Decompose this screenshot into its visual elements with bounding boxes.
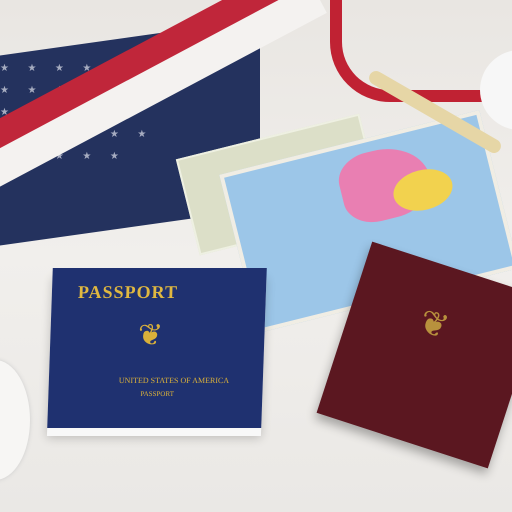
passport-title: PASSPORT	[78, 282, 179, 303]
plate	[0, 360, 30, 480]
table-scene: ★ ★ ★ ★ ★ ★★ ★ ★ ★ ★ ★★ ★ ★ ★ ★★ ★ ★ ★ ★…	[0, 0, 512, 512]
blue-passport: PASSPORT ❦ UNITED STATES OF AMERICA PASS…	[47, 268, 267, 428]
passport-subtitle: UNITED STATES OF AMERICA	[119, 376, 230, 385]
passport-subtitle-2: PASSPORT	[140, 390, 174, 398]
eagle-emblem-icon: ❦	[109, 318, 191, 374]
coat-of-arms-icon: ❦	[414, 301, 453, 348]
